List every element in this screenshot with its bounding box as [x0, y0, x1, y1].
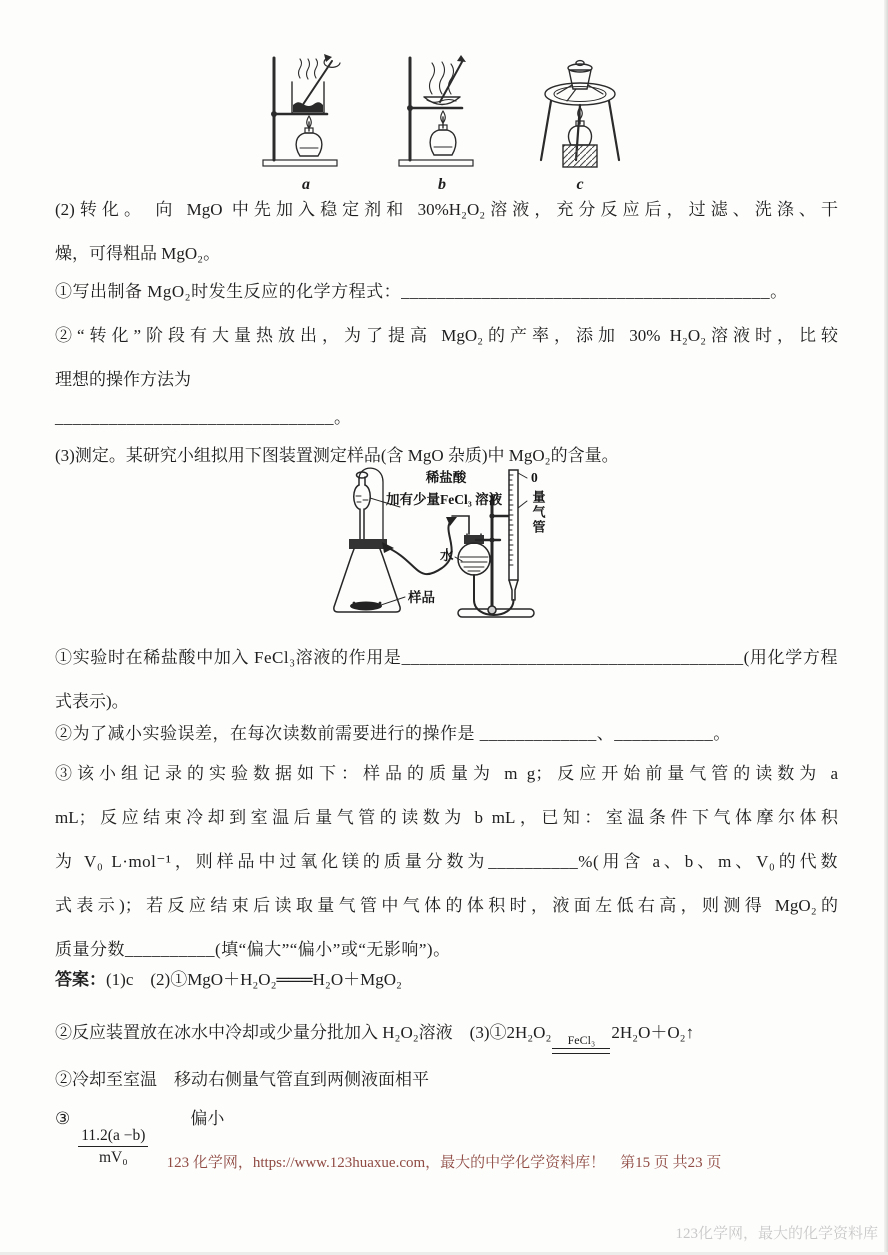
label-dilute-hcl: 稀盐酸 [425, 469, 467, 485]
crucible-tripod-apparatus-icon [532, 52, 628, 174]
q2-sub2-line1: ②“转化”阶段有大量热放出，为了提高 MgO₂的产率，添加 30% H₂O₂溶液… [55, 314, 838, 358]
answer-line1: 答案：(1)c (2)①MgO＋H₂O₂═══H₂O＋MgO₂ [55, 958, 838, 1002]
answer-label: 答案： [55, 970, 106, 989]
flow-arrow-icon [382, 542, 394, 553]
flow-arrow-icon [446, 517, 457, 526]
q3-sub3-line1: ③该小组记录的实验数据如下：样品的质量为 m g；反应开始前量气管的读数为 a [55, 752, 838, 796]
q3-sub1-line1: ①实验时在稀盐酸中加入 FeCl₃溶液的作用是_________________… [55, 636, 838, 680]
answer-line1-text: (1)c (2)①MgO＋H₂O₂═══H₂O＋MgO₂ [106, 970, 402, 989]
site-watermark: 123化学网，最大的化学资料库 [675, 1222, 878, 1246]
catalyst-equation: FeCl₃ [552, 1034, 610, 1054]
answer-line4-prefix: ③ [55, 1109, 70, 1128]
apparatus-c: c [532, 52, 628, 194]
q3-sub2-line: ②为了减小实验误差，在每次读数前需要进行的操作是 _____________、_… [55, 712, 838, 756]
answer-line4-suffix: 偏小 [190, 1109, 224, 1128]
page-footer: 123 化学网，https://www.123huaxue.com，最大的中学化… [0, 1150, 888, 1176]
q2-sub2: ②“转化”阶段有大量热放出，为了提高 MgO₂的产率，添加 30% H₂O₂溶液… [55, 314, 838, 402]
answer-line2: ②反应装置放在冰水中冷却或少量分批加入 H₂O₂溶液 (3)①2H₂O₂FeCl… [55, 1008, 838, 1058]
double-line-equals-icon [552, 1048, 610, 1054]
catalyst-label: FeCl₃ [568, 1034, 596, 1048]
q2-sub1: ①写出制备 MgO₂时发生反应的化学方程式：__________________… [55, 270, 838, 314]
q3-sub1: ①实验时在稀盐酸中加入 FeCl₃溶液的作用是_________________… [55, 636, 838, 724]
gas-measurement-diagram: 稀盐酸 加有少量FeCl₃ 溶液 水 样品 0 量气管 [326, 460, 656, 636]
label-sample: 样品 [407, 589, 435, 605]
fraction-numerator: 11.2(a −b) [78, 1126, 148, 1146]
q3-sub3-line3: 为 V₀ L·mol⁻¹，则样品中过氧化镁的质量分数为__________%(用… [55, 840, 838, 884]
label-zero-mark: 0 [531, 470, 538, 485]
label-fecl3-solution: 加有少量FeCl₃ 溶液 [386, 491, 503, 507]
q2-sub1-line: ①写出制备 MgO₂时发生反应的化学方程式：__________________… [55, 270, 838, 314]
q2-intro-line1: (2)转化。 向 MgO 中先加入稳定剂和 30%H₂O₂溶液，充分反应后，过滤… [55, 188, 838, 232]
round-flask-icon [458, 543, 490, 575]
top-apparatus-figure-row: a b [0, 52, 888, 194]
flask-stopper-icon [349, 539, 387, 549]
apparatus-a: a [260, 52, 352, 194]
evaporating-dish-apparatus-icon [396, 52, 488, 174]
q3-sub2: ②为了减小实验误差，在每次读数前需要进行的操作是 _____________、_… [55, 712, 838, 756]
q3-sub3: ③该小组记录的实验数据如下：样品的质量为 m g；反应开始前量气管的读数为 a … [55, 752, 838, 972]
beaker-heating-apparatus-icon [260, 52, 352, 174]
page-right-edge [884, 0, 888, 1255]
q2-intro: (2)转化。 向 MgO 中先加入稳定剂和 30%H₂O₂溶液，充分反应后，过滤… [55, 188, 838, 276]
q3-sub3-line2: mL；反应结束冷却到室温后量气管的读数为 b mL，已知：室温条件下气体摩尔体积 [55, 796, 838, 840]
label-water: 水 [440, 547, 454, 563]
label-gas-tube: 量气管 [531, 489, 546, 535]
answer-line2-right: 2H₂O＋O₂↑ [611, 1023, 694, 1042]
funnel-stopper-icon [357, 472, 368, 478]
answer-line2-pre: ②反应装置放在冰水中冷却或少量分批加入 H₂O₂溶液 (3)①2H₂O₂ [55, 1023, 551, 1042]
apparatus-b: b [396, 52, 488, 194]
q3-sub3-line4: 式表示)；若反应结束后读取量气管中气体的体积时，液面左低右高，则测得 MgO₂的 [55, 884, 838, 928]
